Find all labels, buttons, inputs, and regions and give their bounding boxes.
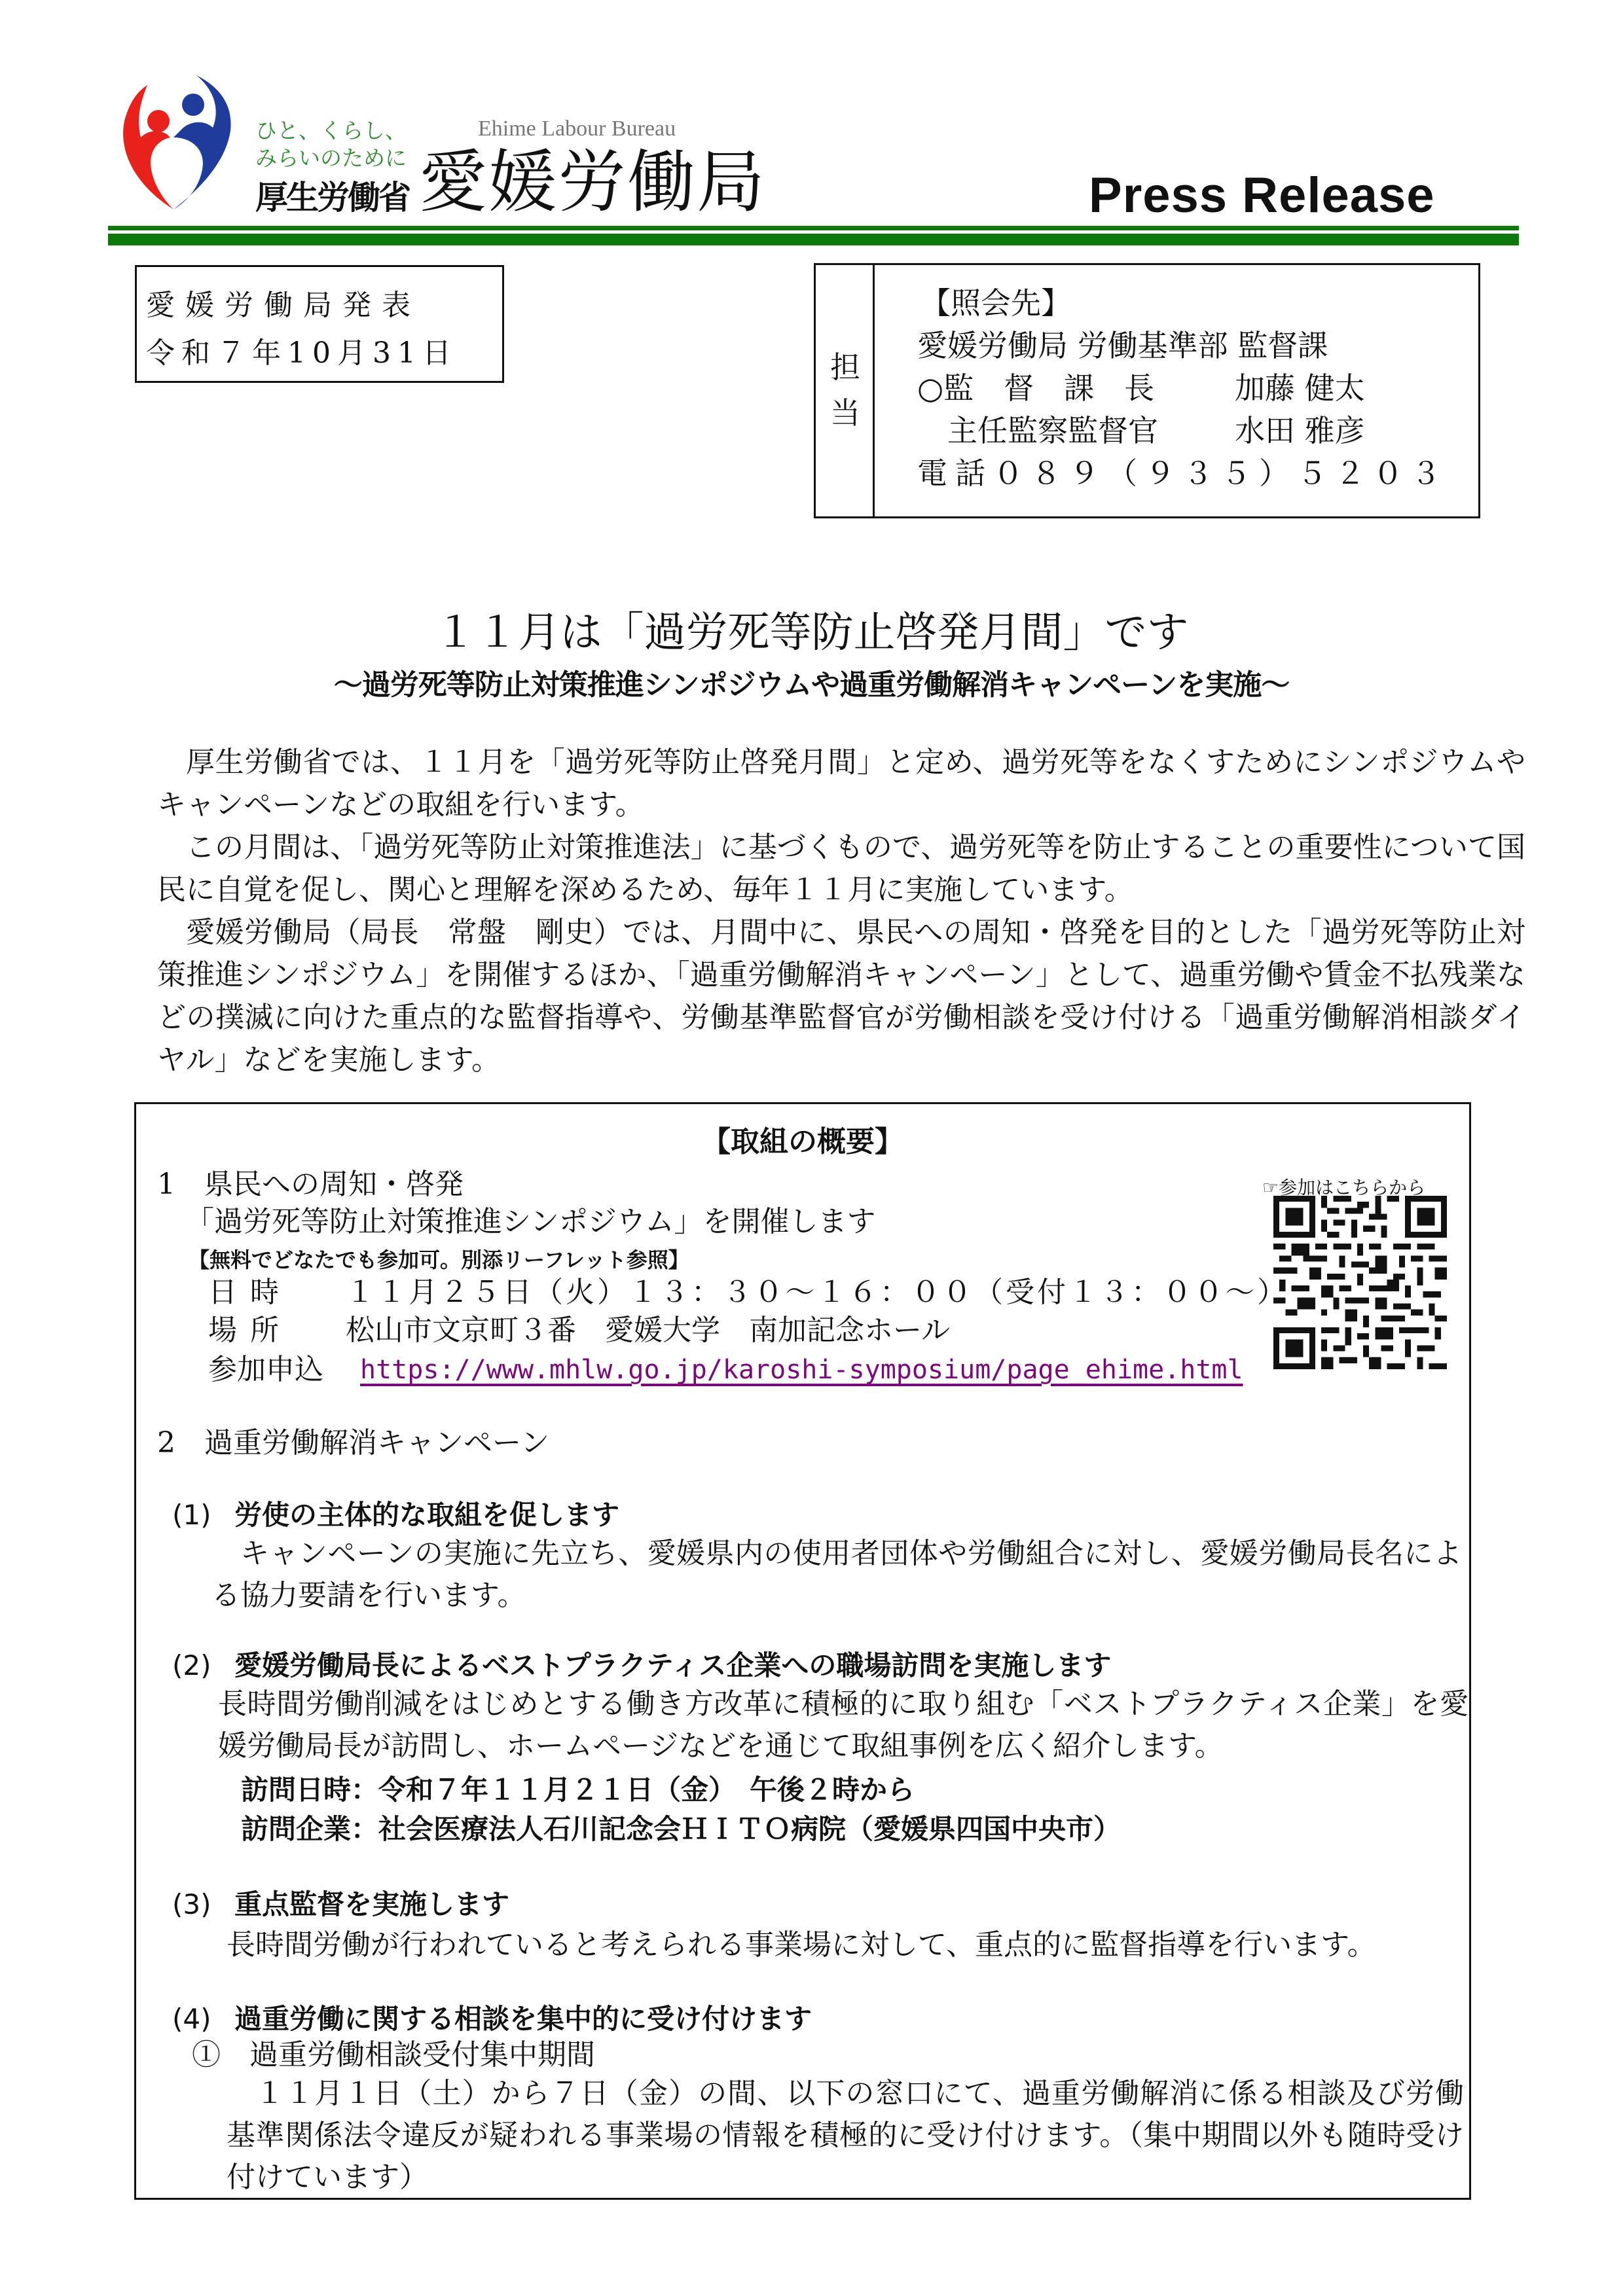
contact-side-label: 担 当 bbox=[816, 265, 875, 516]
bureau-name-en: Ehime Labour Bureau bbox=[478, 117, 676, 141]
contact-department: 愛媛労働局 労働基準部 監督課 bbox=[917, 327, 1328, 364]
item-4-number: (4) bbox=[172, 2001, 234, 2037]
item-2-body: 長時間労働削減をはじめとする働き方改革に積極的に取り組む「ベストプラクティス企業… bbox=[211, 1683, 1468, 1767]
item-3-heading: (3)重点監督を実施します bbox=[172, 1886, 509, 1923]
contact-person-1: ○監 督 課 長加藤 健太 bbox=[917, 370, 1365, 406]
visit-date: 訪問日時：令和７年１１月２１日（金） 午後２時から bbox=[241, 1768, 915, 1808]
item-3-number: (3) bbox=[172, 1886, 234, 1923]
item-1-body: キャンペーンの実施に先立ち、愛媛県内の使用者団体や労働組合に対し、愛媛労働局長名… bbox=[211, 1533, 1462, 1617]
apply-link[interactable]: https://www.mhlw.go.jp/karoshi-symposium… bbox=[360, 1352, 1243, 1388]
bureau-name-ja: 愛媛労働局 bbox=[419, 143, 766, 221]
section-2-heading: 2 過重労働解消キャンペーン bbox=[157, 1425, 549, 1462]
item-2-heading: (2)愛媛労働局長によるベストプラクティス企業への職場訪問を実施します bbox=[172, 1647, 1111, 1684]
apply-label: 参加申込 bbox=[208, 1352, 323, 1388]
header-divider-thick bbox=[108, 234, 1519, 245]
item-4-subitem: ① 過重労働相談受付集中期間 bbox=[192, 2037, 595, 2073]
person-1-name: 加藤 健太 bbox=[1235, 370, 1365, 406]
datetime-label: 日時 bbox=[208, 1274, 292, 1311]
issuer: 愛媛労働局発表 bbox=[146, 281, 421, 323]
press-release-label: Press Release bbox=[1089, 167, 1435, 224]
slogan-line-1: ひと、くらし、 bbox=[255, 118, 407, 144]
contact-phone: 電話０８９（９３５）５２０３ bbox=[917, 455, 1449, 492]
item-4-heading: (4)過重労働に関する相談を集中的に受け付けます bbox=[172, 2001, 812, 2037]
item-3-title: 重点監督を実施します bbox=[234, 1888, 509, 1920]
item-2-number: (2) bbox=[172, 1647, 234, 1684]
paragraph-1: 厚生労働省では、１１月を「過労死等防止啓発月間」と定め、過労死等をなくすためにシ… bbox=[157, 741, 1525, 826]
symposium-note: 【無料でどなたでも参加可。別添リーフレット参照】 bbox=[189, 1242, 689, 1278]
section-1-heading: 1 県民への周知・啓発 bbox=[157, 1166, 464, 1203]
person-2-name: 水田 雅彦 bbox=[1235, 413, 1365, 448]
side-char-2: 当 bbox=[830, 389, 860, 433]
person-1-role: ○監 督 課 長 bbox=[917, 370, 1235, 406]
release-info-box: 愛媛労働局発表 令和７年10月31日 bbox=[135, 265, 504, 383]
ministry-name: 厚生労働省 bbox=[255, 171, 409, 219]
qr-code-icon[interactable] bbox=[1273, 1196, 1447, 1369]
mhlw-logo-icon bbox=[111, 75, 242, 213]
release-date: 令和７年10月31日 bbox=[146, 329, 458, 371]
contact-person-2: 主任監察監督官水田 雅彦 bbox=[917, 412, 1365, 449]
side-char-1: 担 bbox=[830, 344, 860, 387]
item-2-title: 愛媛労働局長によるベストプラクティス企業への職場訪問を実施します bbox=[234, 1649, 1111, 1681]
item-1-heading: (1)労使の主体的な取組を促します bbox=[172, 1497, 619, 1534]
paragraph-2: この月間は、「過労死等防止対策推進法」に基づくもので、過労死等を防止することの重… bbox=[157, 826, 1525, 911]
item-1-title: 労使の主体的な取組を促します bbox=[234, 1499, 619, 1531]
page-subtitle: ～過労死等防止対策推進シンポジウムや過重労働解消キャンペーンを実施～ bbox=[0, 661, 1623, 703]
page-title: １１月は「過労死等防止啓発月間」です bbox=[0, 599, 1623, 659]
person-2-role: 主任監察監督官 bbox=[917, 412, 1235, 449]
item-1-number: (1) bbox=[172, 1497, 234, 1534]
visit-company: 訪問企業：社会医療法人石川記念会ＨＩＴＯ病院（愛媛県四国中央市） bbox=[241, 1808, 1121, 1847]
item-3-body: 長時間労働が行われていると考えられる事業場に対して、重点的に監督指導を行います。 bbox=[227, 1924, 1477, 1966]
slogan-line-2: みらいのために bbox=[255, 145, 407, 171]
venue-value: 松山市文京町３番 愛媛大学 南加記念ホール bbox=[346, 1312, 950, 1349]
item-4-body: １１月１日（土）から７日（金）の間、以下の窓口にて、過重労働解消に係る相談及び労… bbox=[227, 2073, 1464, 2198]
symposium-title: 「過労死等防止対策推進シンポジウム」を開催します bbox=[185, 1204, 875, 1240]
contact-box: 担 当 【照会先】 愛媛労働局 労働基準部 監督課 ○監 督 課 長加藤 健太 … bbox=[814, 263, 1480, 518]
datetime-value: １１月２５日（火）１３：３０～１６：００（受付１３：００～） bbox=[346, 1274, 1288, 1311]
paragraph-3: 愛媛労働局（局長 常盤 剛史）では、月間中に、県民への周知・啓発を目的とした「過… bbox=[157, 911, 1525, 1081]
overview-box: 【取組の概要】 1 県民への周知・啓発 「過労死等防止対策推進シンポジウム」を開… bbox=[134, 1102, 1471, 2200]
item-4-title: 過重労働に関する相談を集中的に受け付けます bbox=[234, 2003, 812, 2035]
venue-label: 場所 bbox=[208, 1312, 292, 1349]
overview-heading: 【取組の概要】 bbox=[136, 1124, 1469, 1160]
header-divider-thin bbox=[108, 226, 1519, 230]
contact-heading: 【照会先】 bbox=[921, 285, 1071, 321]
